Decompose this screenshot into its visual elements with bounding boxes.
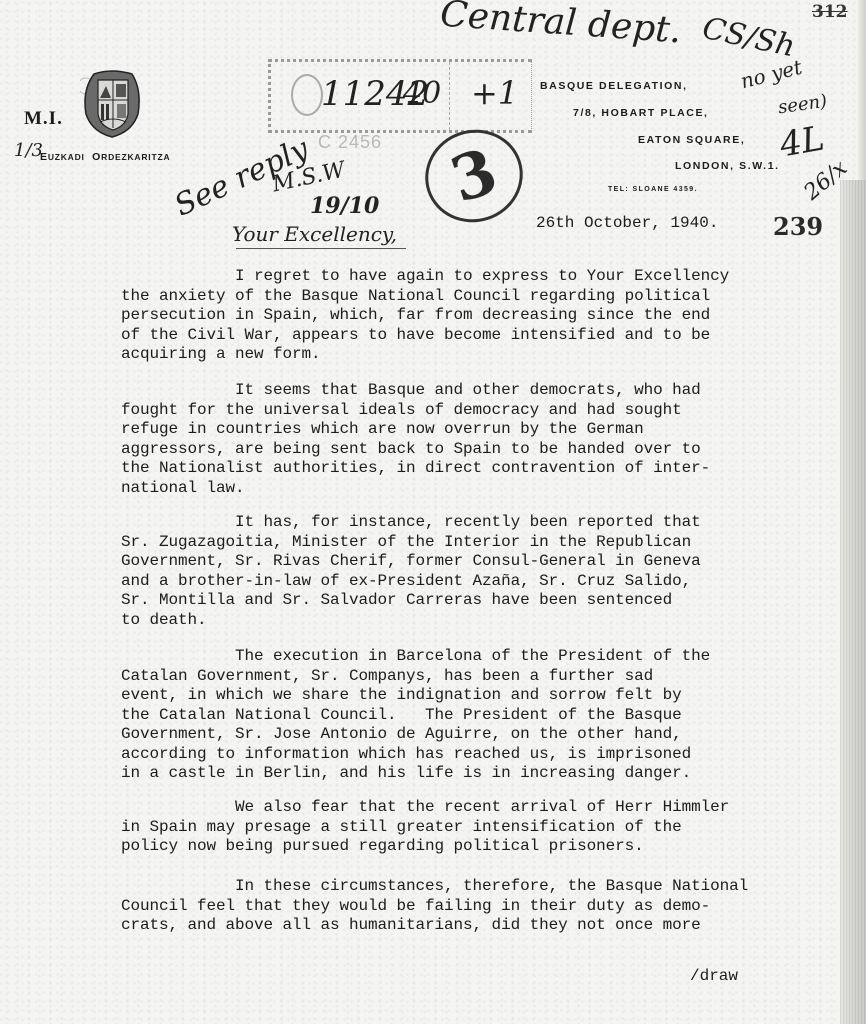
address-line: EATON SQUARE, — [638, 134, 745, 146]
handwritten-note: no yet — [738, 55, 804, 93]
address-line: 7/8, HOBART PLACE, — [573, 107, 709, 119]
page-edge-shadow — [840, 180, 866, 1024]
circled-number: 3 — [413, 117, 535, 235]
registry-stamp: 11242 40 +1 — [268, 59, 532, 133]
handwritten-note: seen) — [777, 91, 829, 119]
old-folio-number: 312 — [812, 2, 848, 22]
paragraph: It seems that Basque and other democrats… — [121, 381, 821, 498]
paragraph: I regret to have again to express to You… — [121, 267, 821, 365]
organisation-name: EUZKADI ORDEZKARITZA — [40, 151, 170, 163]
registry-plus: +1 — [471, 74, 518, 112]
address-line: BASQUE DELEGATION, — [540, 80, 688, 92]
folio-number: 239 — [773, 212, 823, 241]
letter-date: 26th October, 1940. — [536, 214, 718, 232]
telephone: TEL: SLOANE 4359. — [608, 186, 698, 193]
handwritten-margin-note: 1/3 — [14, 140, 43, 161]
handwritten-department: Central dept. — [439, 0, 683, 51]
handwritten-reference: CS/Sh — [699, 11, 798, 65]
paragraph: We also fear that the recent arrival of … — [121, 798, 821, 857]
stamp-circle-mark — [291, 74, 323, 116]
letterhead-initials: M.I. — [24, 108, 63, 130]
page-edge-shadow — [858, 0, 866, 180]
coat-of-arms-icon — [80, 70, 144, 138]
handwritten-date: 19/10 — [310, 193, 379, 219]
paragraph: In these circumstances, therefore, the B… — [121, 877, 821, 936]
address-line: LONDON, S.W.1. — [675, 160, 780, 172]
handwritten-salutation: Your Excellency, — [232, 222, 397, 246]
stamp-divider — [449, 62, 450, 130]
continuation-marker: /draw — [690, 967, 738, 985]
salutation-underline — [236, 248, 406, 249]
letter-page: M.I. EUZKADI ORDEZKARITZA 1/3 See reply … — [0, 0, 866, 1024]
paragraph: The execution in Barcelona of the Presid… — [121, 647, 821, 784]
faded-stamp-mark: C 2456 — [318, 132, 382, 153]
registry-to: 40 — [403, 76, 441, 111]
paragraph: It has, for instance, recently been repo… — [121, 513, 821, 630]
handwritten-initials-right: 4L — [777, 118, 827, 165]
